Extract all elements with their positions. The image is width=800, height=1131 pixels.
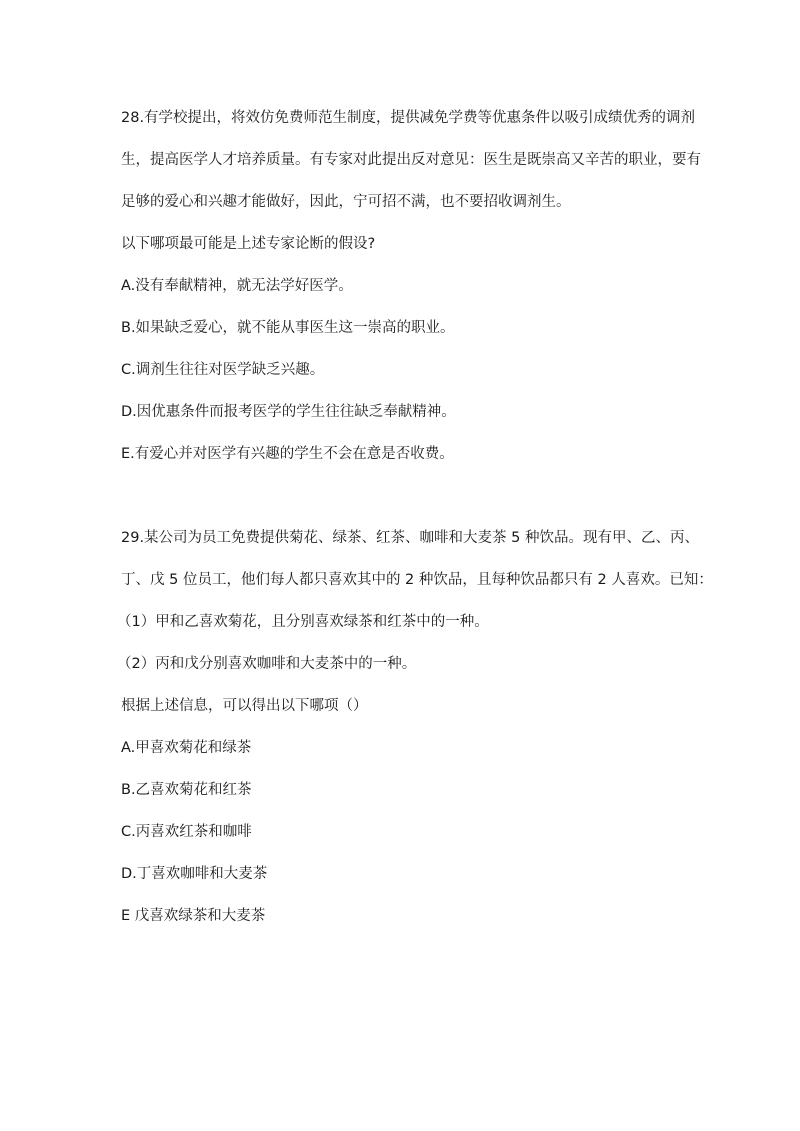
q29-option-b: B.乙喜欢菊花和红茶 (121, 780, 252, 800)
q29-option-d: D.丁喜欢咖啡和大麦茶 (121, 864, 267, 884)
q28-option-b: B.如果缺乏爱心，就不能从事医生这一崇高的职业。 (121, 318, 455, 338)
q29-condition-1: （1）甲和乙喜欢菊花，且分别喜欢绿茶和红茶中的一种。 (117, 612, 489, 632)
q28-option-c: C.调剂生往往对医学缺乏兴趣。 (121, 360, 324, 380)
q28-stem-line: 生，提高医学人才培养质量。有专家对此提出反对意见：医生是既崇高又辛苦的职业，要有 (121, 150, 701, 170)
q29-question: 根据上述信息，可以得出以下哪项（） (121, 696, 368, 716)
q28-question: 以下哪项最可能是上述专家论断的假设? (121, 234, 375, 254)
q29-option-c: C.丙喜欢红茶和咖啡 (121, 822, 252, 842)
q28-stem-line: 足够的爱心和兴趣才能做好，因此，宁可招不满，也不要招收调剂生。 (121, 192, 571, 212)
q29-option-e: E 戊喜欢绿茶和大麦茶 (121, 906, 265, 926)
q28-stem-line: 28.有学校提出，将效仿免费师范生制度，提供减免学费等优惠条件以吸引成绩优秀的调… (121, 108, 695, 128)
q29-stem-line: 丁、戊 5 位员工，他们每人都只喜欢其中的 2 种饮品，且每种饮品都只有 2 人… (121, 570, 713, 590)
q29-condition-2: （2）丙和戊分别喜欢咖啡和大麦茶中的一种。 (117, 654, 416, 674)
q28-option-a: A.没有奉献精神，就无法学好医学。 (121, 276, 353, 296)
q29-option-a: A.甲喜欢菊花和绿茶 (121, 738, 251, 758)
q28-option-d: D.因优惠条件而报考医学的学生往往缺乏奉献精神。 (121, 402, 456, 422)
q29-stem-line: 29.某公司为员工免费提供菊花、绿茶、红茶、咖啡和大麦茶 5 种饮品。现有甲、乙… (121, 528, 699, 548)
q28-option-e: E.有爱心并对医学有兴趣的学生不会在意是否收费。 (121, 444, 454, 464)
